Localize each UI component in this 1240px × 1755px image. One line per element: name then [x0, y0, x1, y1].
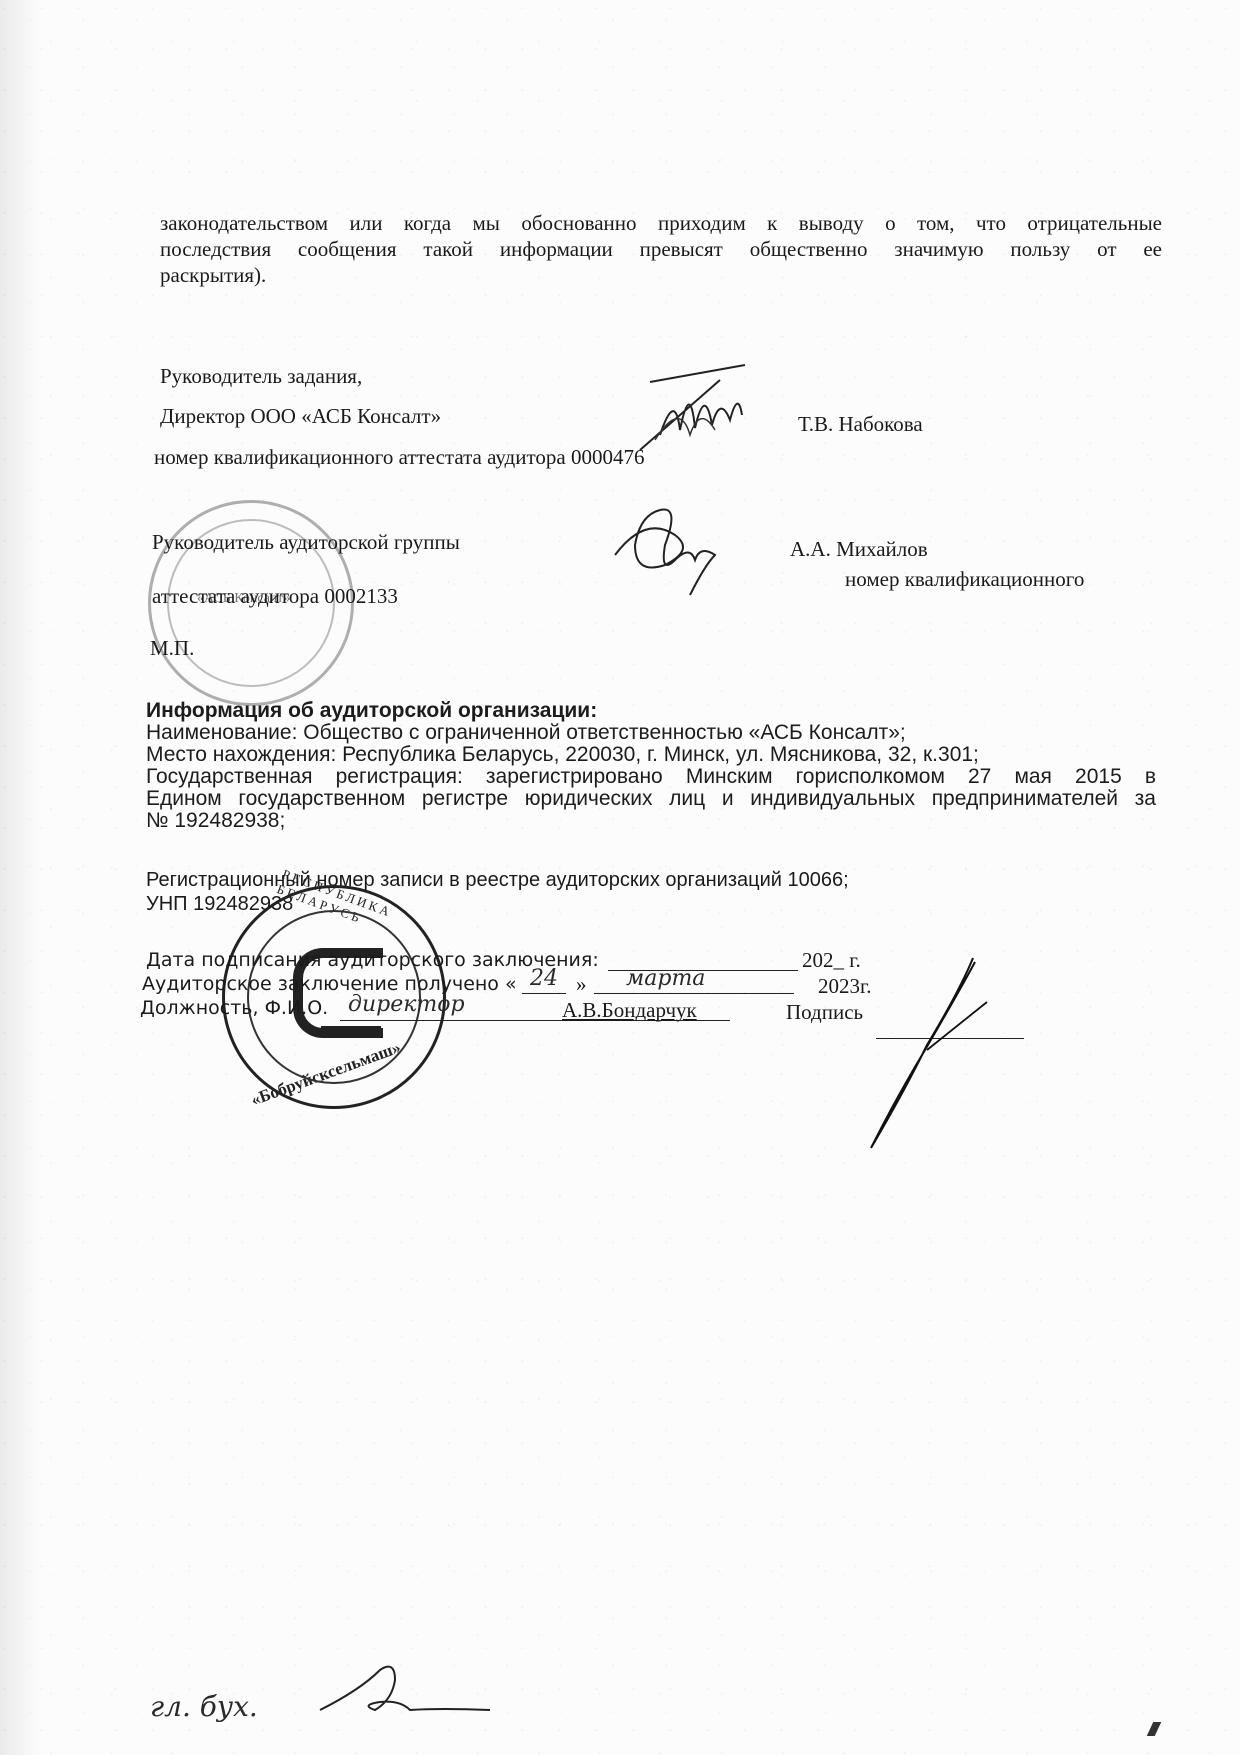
received-close-quote: »	[576, 972, 587, 996]
received-day: 24	[530, 966, 558, 991]
position-label: Должность, Ф.И.О.	[140, 996, 328, 1020]
seal-mark: М.П.	[150, 636, 194, 660]
received-month: марта	[626, 966, 705, 991]
document-page: законодательством или когда мы обоснован…	[0, 0, 1240, 1755]
footer-handwritten-note: гл. бух.	[150, 1690, 258, 1723]
auditor-info-block: Информация об аудиторской организации: Н…	[146, 700, 1156, 832]
auditor-info-address: Место нахождения: Республика Беларусь, 2…	[146, 744, 1156, 766]
engagement-leader-title: Директор ООО «АСБ Консалт»	[160, 404, 441, 428]
received-day-blank[interactable]	[522, 993, 566, 994]
signature-chief-accountant	[300, 1660, 500, 1720]
auditor-info-name: Наименование: Общество с ограниченной от…	[146, 722, 1156, 744]
received-month-blank[interactable]	[594, 993, 794, 994]
signature-nabokova	[620, 360, 750, 460]
signature-label: Подпись	[786, 1000, 863, 1024]
received-year: 2023г.	[818, 974, 872, 998]
bsm-logo-bar	[321, 1026, 381, 1035]
engagement-leader-name: Т.В. Набокова	[798, 412, 923, 436]
audit-group-leader-name: А.А. Михайлов	[790, 537, 928, 561]
signature-bondarchuk	[865, 950, 1005, 1160]
engagement-leader-role: Руководитель задания,	[160, 364, 362, 388]
signature-mikhailov	[605, 505, 735, 595]
audit-group-leader-role: Руководитель аудиторской группы	[152, 530, 460, 554]
intro-paragraph: законодательством или когда мы обоснован…	[160, 210, 1162, 288]
stamp-bsm-bottom-text: «Бобруйсксельмаш»	[248, 1038, 403, 1111]
intro-line-3: раскрытия).	[160, 262, 1162, 288]
auditor-info-registration-3: № 192482938;	[146, 810, 1156, 832]
intro-line-1: законодательством или когда мы обоснован…	[160, 210, 1162, 236]
auditor-info-heading: Информация об аудиторской организации:	[146, 700, 1156, 722]
position-value: директор	[348, 992, 465, 1017]
engagement-leader-certificate: номер квалификационного аттестата аудито…	[154, 445, 644, 469]
intro-line-2: последствия сообщения такой информации п…	[160, 236, 1162, 262]
page-mark	[1147, 1722, 1162, 1736]
recipient-name: А.В.Бондарчук	[562, 998, 697, 1022]
audit-group-leader-certificate-part1: номер квалификационного	[845, 567, 1084, 591]
auditor-info-registration-2: Едином государственном регистре юридичес…	[146, 788, 1156, 810]
audit-group-leader-certificate-part2: аттестата аудитора 0002133	[152, 584, 398, 608]
signing-date-year: 202_ г.	[802, 948, 861, 972]
auditor-info-registration-1: Государственная регистрация: зарегистрир…	[146, 766, 1156, 788]
auditor-registry-number: Регистрационный номер записи в реестре а…	[146, 868, 849, 892]
scan-edge-shadow	[0, 0, 40, 1755]
